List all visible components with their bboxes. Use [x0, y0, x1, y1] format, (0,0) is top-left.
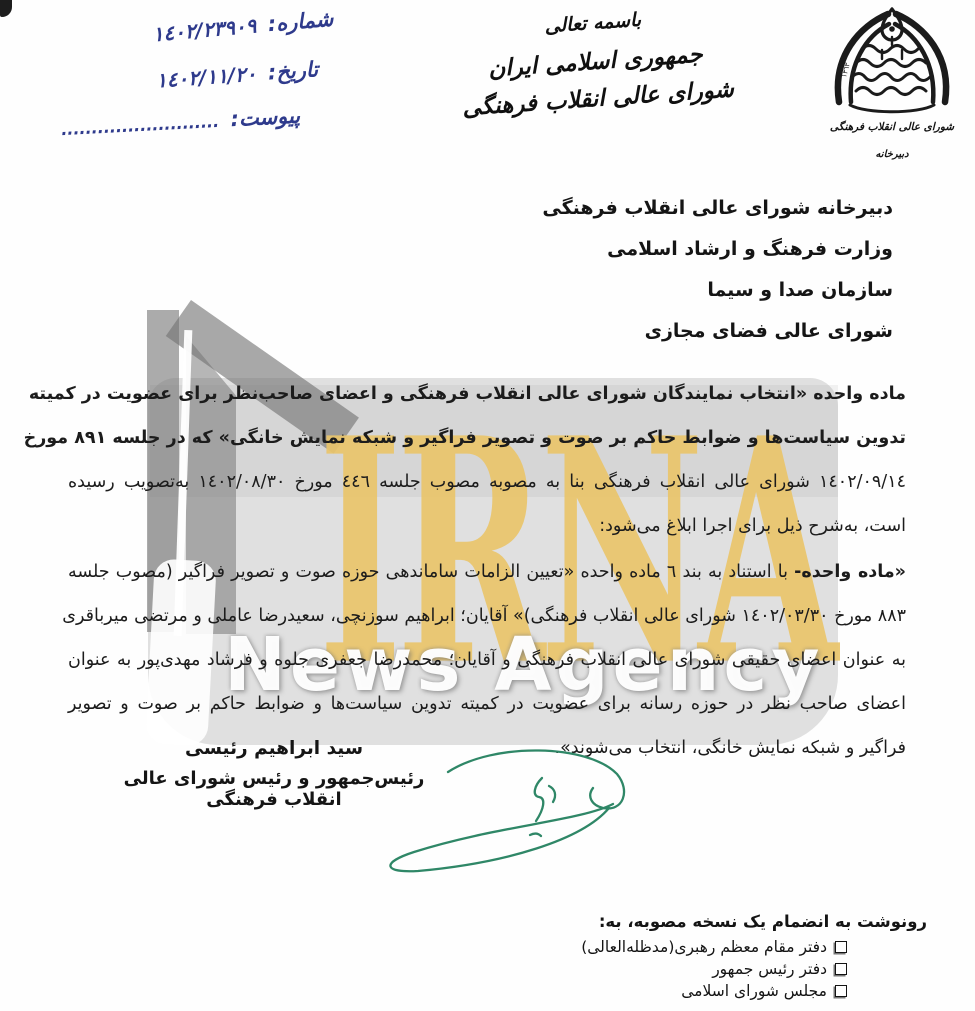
body-line: تدوین سیاست‌ها و ضوابط حاکم بر صوت و تصو…	[68, 416, 906, 460]
checkbox-icon	[835, 963, 847, 975]
body-line: ١٤٠٢/٠٩/١٤ شورای عالی انقلاب فرهنگی بنا …	[68, 460, 906, 504]
cc-item: دفتر مقام معظم رهبری(مدظله‌العالی)	[581, 936, 847, 958]
checkbox-icon	[835, 941, 847, 953]
scan-artifact	[0, 0, 12, 17]
scanned-letter-page: IRNA News Agency شماره: ١٤٠٢/٢٣٩٠٩ تاریخ…	[0, 0, 975, 1011]
attachment-label: پیوست:	[230, 104, 301, 132]
bismillah: باسمه تعالی	[435, 1, 751, 45]
body-line: به عنوان اعضای حقیقی شورای عالی انقلاب ف…	[68, 638, 906, 682]
cc-item: دفتر رئیس جمهور	[581, 958, 847, 980]
council-emblem-icon: ١٣٦٣ شورای عالی انقلاب فرهنگی دبیرخانه	[820, 4, 965, 174]
article-lead: «ماده واحده-	[794, 562, 906, 582]
recipient: دبیرخانه شورای عالی انقلاب فرهنگی	[542, 188, 893, 229]
attachment-dots: ..........................	[61, 112, 220, 139]
date-label: تاریخ:	[267, 57, 319, 84]
recipient: وزارت فرهنگ و ارشاد اسلامی	[542, 229, 893, 270]
cc-item-label: مجلس شورای اسلامی	[681, 982, 827, 1000]
recipient: سازمان صدا و سیما	[542, 270, 893, 311]
number-value: ١٤٠٢/٢٣٩٠٩	[151, 13, 257, 46]
letter-number-field: شماره: ١٤٠٢/٢٣٩٠٩	[151, 7, 334, 47]
cc-item-label: دفتر رئیس جمهور	[712, 960, 827, 978]
checkbox-icon	[835, 985, 847, 997]
cc-block: رونوشت به انضمام یک نسخه مصوبه، به: دفتر…	[581, 912, 927, 1002]
body-line-rest: با استناد به بند ٦ ماده واحده «تعیین الز…	[68, 562, 794, 582]
body-line: ماده واحده «انتخاب نمایندگان شورای عالی …	[68, 372, 906, 416]
cc-item-label: دفتر مقام معظم رهبری(مدظله‌العالی)	[581, 938, 827, 956]
registry-block: شماره: ١٤٠٢/٢٣٩٠٩ تاریخ: ١٤٠٢/١١/٢٠ پیوس…	[9, 1, 346, 158]
cc-item: مجلس شورای اسلامی	[581, 980, 847, 1002]
body-line: «ماده واحده- با استناد به بند ٦ ماده واح…	[68, 550, 906, 594]
recipient: شورای عالی فضای مجازی	[542, 311, 893, 352]
letter-date-field: تاریخ: ١٤٠٢/١١/٢٠	[155, 57, 319, 92]
attachment-field: پیوست: ..........................	[60, 104, 300, 140]
emblem-caption: شورای عالی انقلاب فرهنگی	[830, 120, 955, 133]
emblem-subcaption: دبیرخانه	[875, 149, 909, 160]
signature-ink-icon	[356, 736, 661, 886]
number-label: شماره:	[266, 7, 334, 37]
body-line: اعضای صاحب نظر در حوزه رسانه برای عضویت …	[68, 682, 906, 726]
date-value: ١٤٠٢/١١/٢٠	[155, 62, 257, 93]
letterhead-center: باسمه تعالی جمهوری اسلامی ایران شورای عا…	[435, 1, 756, 123]
body-line: ٨٨٣ مورخ ١٤٠٢/٠٣/٣٠ شورای عالی انقلاب فر…	[68, 594, 906, 638]
body-line: است، به‌شرح ذیل برای اجرا ابلاغ می‌شود:	[68, 504, 906, 548]
decree-paragraph-1: ماده واحده «انتخاب نمایندگان شورای عالی …	[68, 372, 906, 548]
recipients-list: دبیرخانه شورای عالی انقلاب فرهنگی وزارت …	[542, 188, 893, 352]
cc-header: رونوشت به انضمام یک نسخه مصوبه، به:	[581, 912, 927, 931]
